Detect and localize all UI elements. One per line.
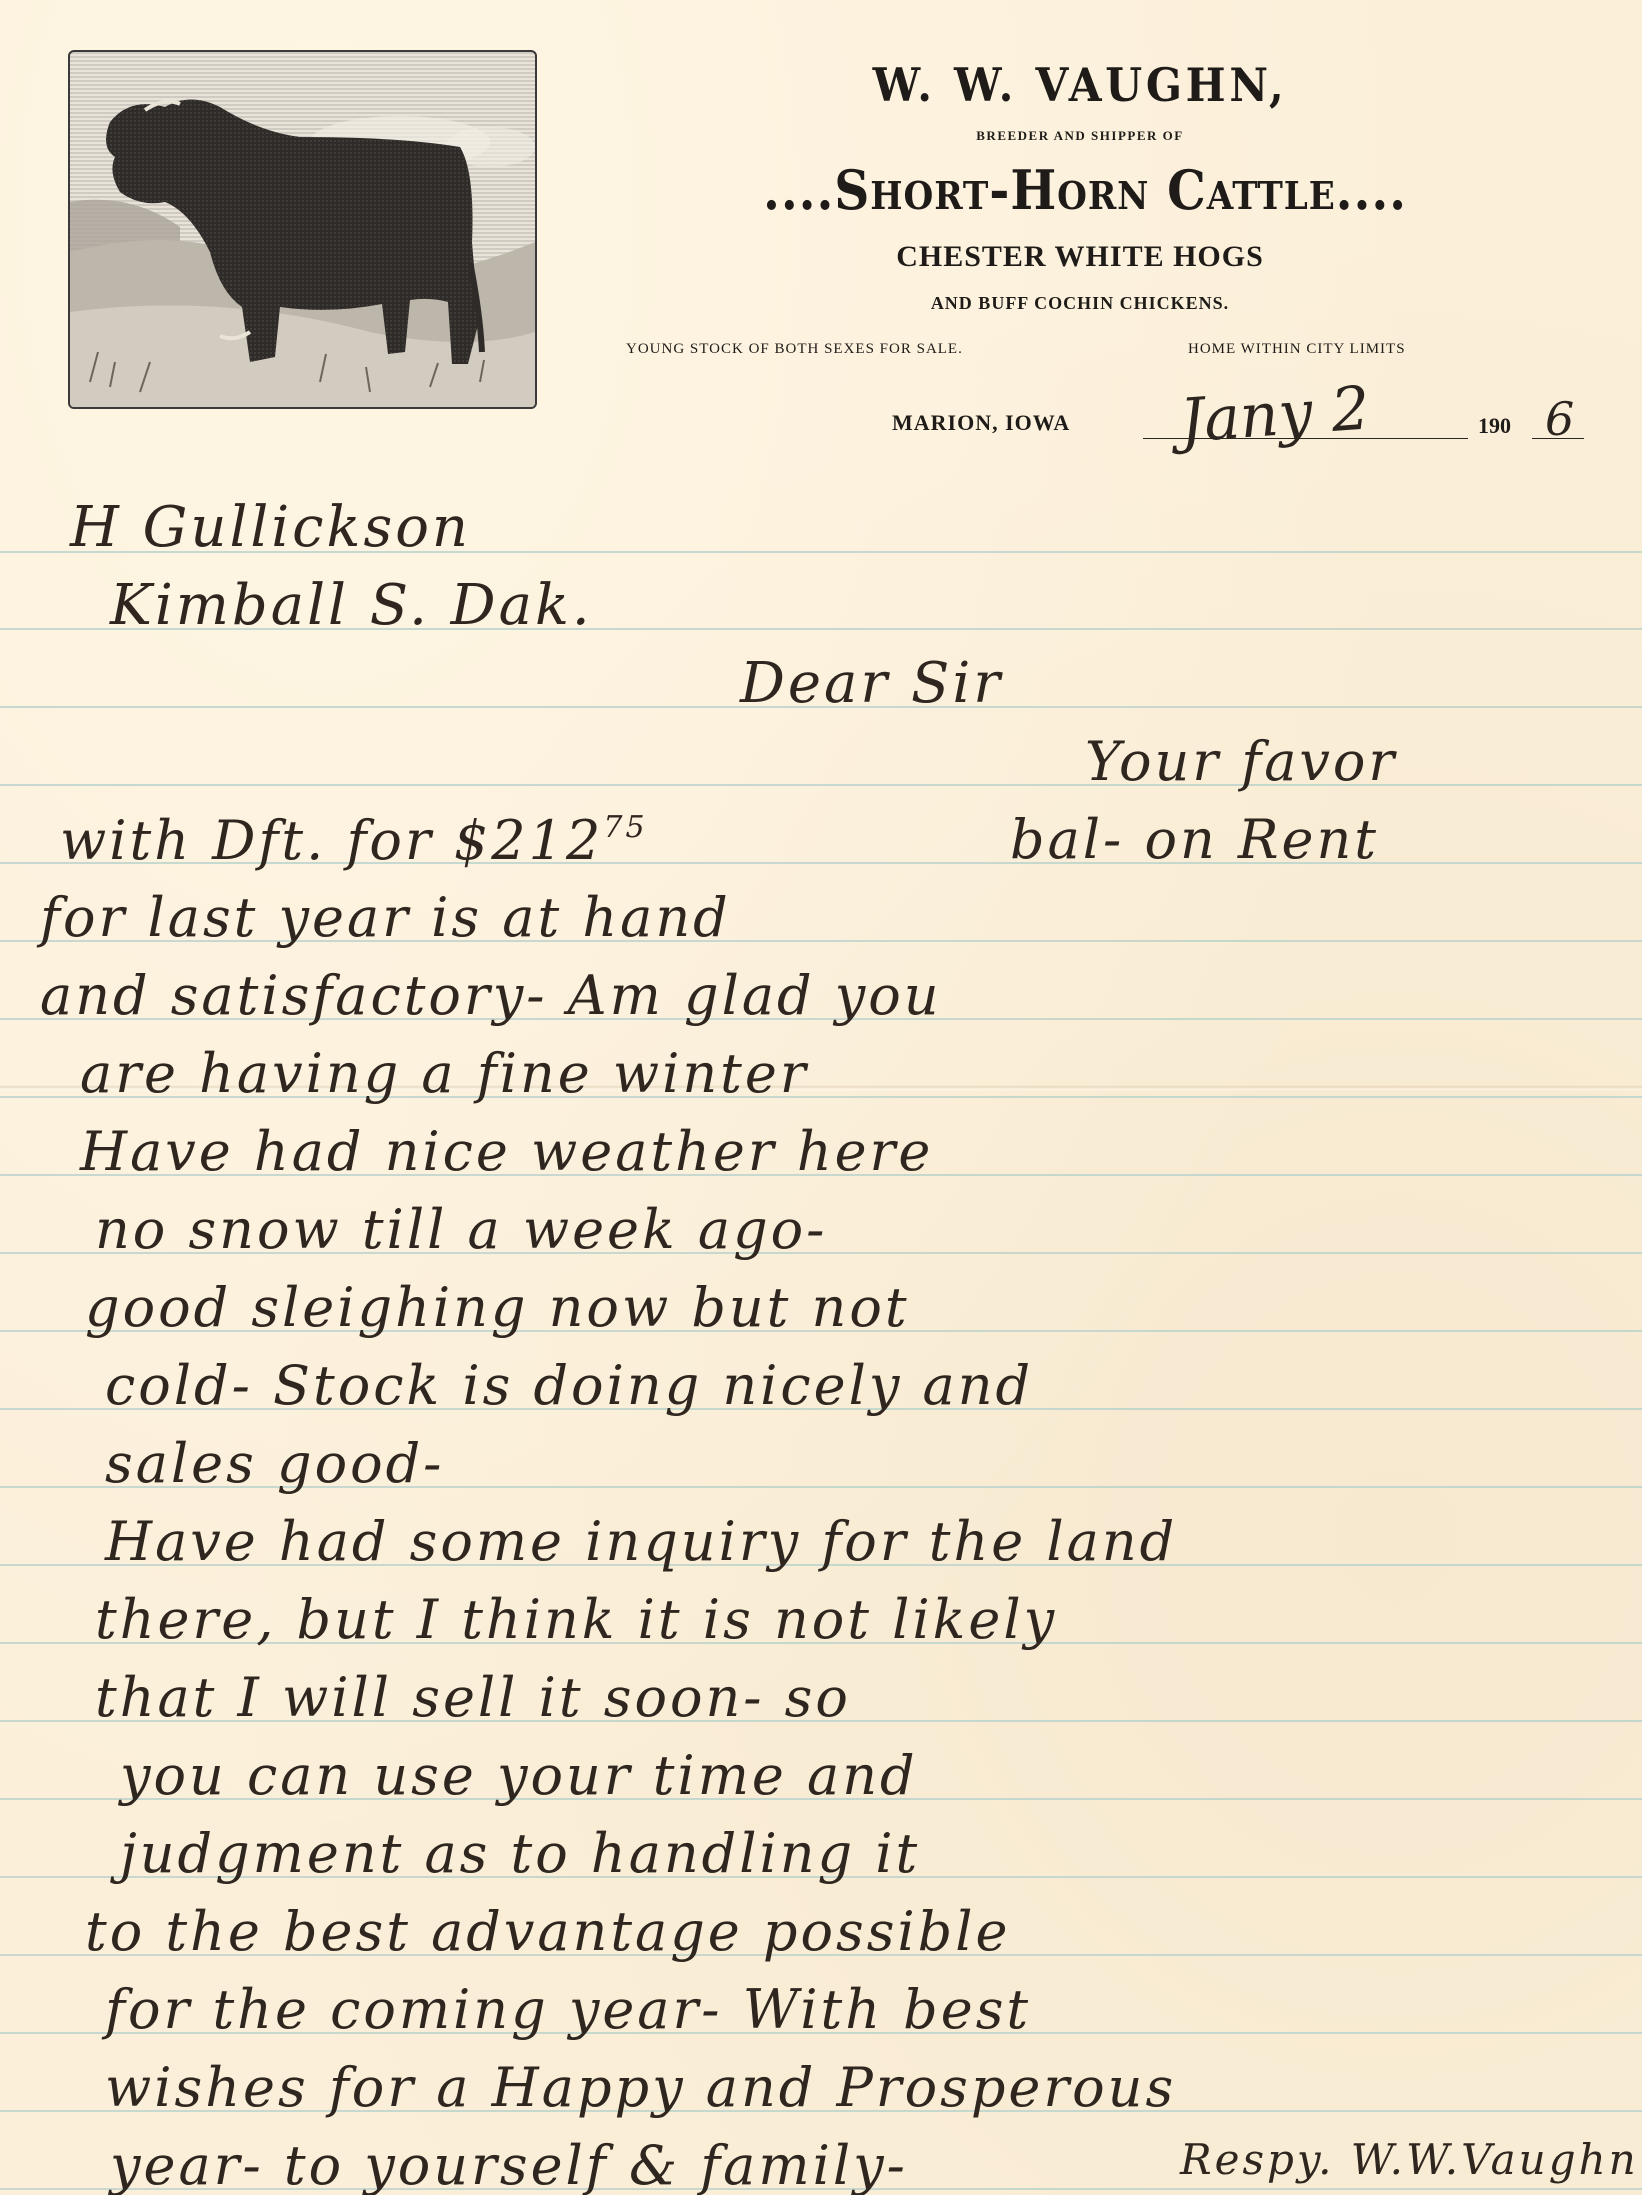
letterhead-primary-product: ....Short-Horn Cattle.... xyxy=(635,158,1535,222)
salutation: Dear Sir xyxy=(740,656,1003,712)
letterhead-tagline: BREEDER AND SHIPPER OF xyxy=(580,128,1580,144)
shorthorn-bull-engraving-icon xyxy=(68,50,537,409)
recipient-name: H Gullickson xyxy=(70,500,471,556)
body-line: you can use your time and xyxy=(120,1749,918,1803)
dateline-date-handwritten: Jany 2 xyxy=(1178,373,1372,456)
letterhead-note-left: YOUNG STOCK OF BOTH SEXES FOR SALE. xyxy=(626,341,963,358)
body-line: that I will sell it soon- so xyxy=(95,1671,851,1725)
body-line: wishes for a Happy and Prosperous xyxy=(105,2061,1176,2115)
body-line: Have had some inquiry for the land xyxy=(105,1515,1177,1569)
recipient-address: Kimball S. Dak. xyxy=(110,578,593,634)
body-line: and satisfactory- Am glad you xyxy=(40,969,942,1023)
letterhead-name: W. W. VAUGHN, xyxy=(620,58,1540,112)
body-line: Have had nice weather here xyxy=(80,1125,933,1179)
dateline-place: MARION, IOWA xyxy=(892,410,1070,436)
body-line: judgment as to handling it xyxy=(120,1827,920,1881)
bull-illustration-icon xyxy=(70,52,535,407)
body-line: Your favor xyxy=(1085,735,1397,789)
amount-cents: 75 xyxy=(603,810,647,845)
signature: W.W.Vaughn xyxy=(1351,2135,1639,2184)
letterhead-secondary-product: CHESTER WHITE HOGS xyxy=(580,240,1580,274)
body-line: good sleighing now but not xyxy=(85,1281,910,1335)
closing: Respy. W.W.Vaughn xyxy=(1180,2139,1639,2181)
body-line: for last year is at hand xyxy=(40,891,731,945)
body-line: for the coming year- With best xyxy=(105,1983,1031,2037)
body-line: no snow till a week ago- xyxy=(95,1203,827,1257)
body-line: with Dft. for $21275 xyxy=(60,813,648,868)
dateline-year-prefix: 190 xyxy=(1478,413,1511,439)
letterhead-note-right: HOME WITHIN CITY LIMITS xyxy=(1188,341,1406,358)
body-line-text: with Dft. for $212 xyxy=(60,809,603,872)
letterhead-tertiary-product: AND BUFF COCHIN CHICKENS. xyxy=(580,293,1580,314)
dateline-year-handwritten: 6 xyxy=(1545,392,1574,446)
body-line: are having a fine winter xyxy=(80,1047,809,1101)
closing-text: Respy. xyxy=(1180,2135,1334,2184)
body-line: sales good- xyxy=(105,1437,444,1491)
body-line: there, but I think it is not likely xyxy=(95,1593,1057,1647)
body-line: year- to yourself & family- xyxy=(110,2139,908,2193)
body-line: to the best advantage possible xyxy=(85,1905,1010,1959)
body-line: cold- Stock is doing nicely and xyxy=(105,1359,1033,1413)
body-line: bal- on Rent xyxy=(1010,813,1379,867)
